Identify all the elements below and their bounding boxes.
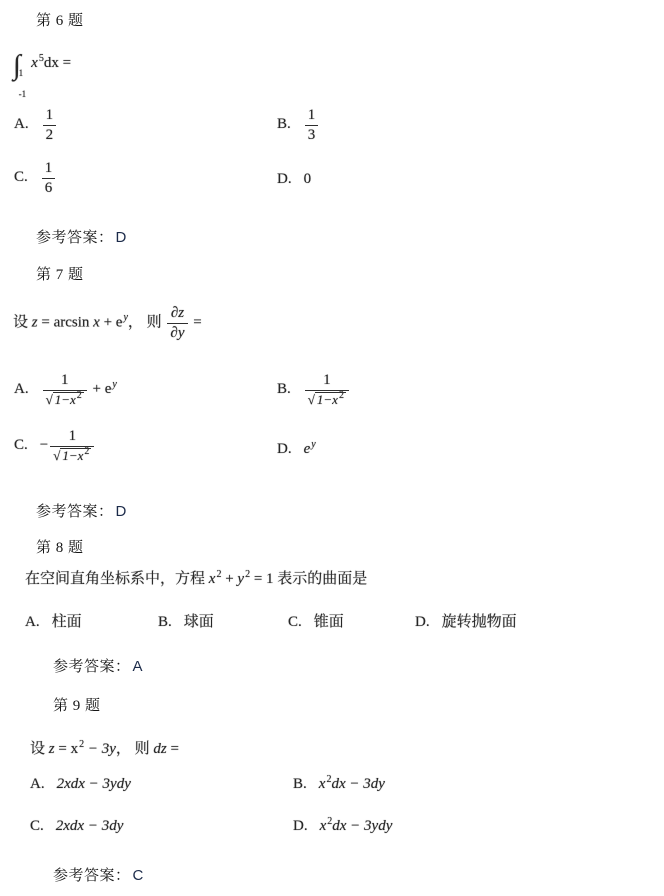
q9-equals-x: = x bbox=[58, 741, 78, 757]
q7-comma: ， bbox=[128, 314, 143, 330]
answer-label: 参考答案： bbox=[53, 659, 131, 675]
partial-derivative-fraction: ∂z∂y bbox=[167, 305, 187, 341]
q8-x-exponent: 2 bbox=[216, 569, 221, 580]
exam-page: 第 6 题 ∫1-1x5dx = A.12 B.13 C.16 D.0 参考答案… bbox=[0, 0, 664, 896]
option-label: D. bbox=[293, 818, 308, 834]
q8-header: 第 8 题 bbox=[36, 536, 84, 557]
option-label: A. bbox=[14, 116, 29, 132]
q9-option-d: D.x2dx − 3ydy bbox=[293, 818, 392, 835]
option-label: D. bbox=[277, 171, 292, 187]
q8-stem-post: 表示的曲面是 bbox=[277, 571, 367, 587]
q9-rest: − 3y bbox=[88, 741, 116, 757]
q7-stem: 设 z = arcsin x + ey， 则 ∂z∂y = bbox=[13, 305, 202, 341]
q7-option-a: A.1√1−x2 + ey bbox=[14, 372, 117, 407]
q7-option-c: C.−1√1−x2 bbox=[14, 428, 96, 463]
q7-equals: = bbox=[193, 314, 201, 330]
q8-option-c: C.锥面 bbox=[288, 610, 344, 631]
q8-option-d: D.旋转抛物面 bbox=[415, 610, 517, 631]
option-label: B. bbox=[277, 381, 291, 397]
option-text: x bbox=[320, 818, 327, 834]
q6-option-d: D.0 bbox=[277, 171, 311, 188]
q9-option-c: C.2xdx − 3dy bbox=[30, 818, 123, 835]
option-label: B. bbox=[293, 776, 307, 792]
fraction: 12 bbox=[43, 107, 57, 143]
q9-option-a: A.2xdx − 3ydy bbox=[30, 776, 131, 793]
sqrt-denominator: √1−x2 bbox=[305, 390, 349, 407]
fraction: 1√1−x2 bbox=[43, 372, 87, 407]
fraction: 13 bbox=[305, 107, 319, 143]
option-text: 柱面 bbox=[52, 614, 82, 630]
option-text: 锥面 bbox=[314, 614, 344, 630]
q6-equals: = bbox=[63, 55, 71, 71]
q9-header: 第 9 题 bbox=[53, 694, 101, 715]
answer-value: D bbox=[116, 503, 127, 520]
option-text-rest: dx − 3dy bbox=[331, 776, 384, 792]
q7-rel: = arcsin bbox=[41, 314, 89, 330]
q8-stem: 在空间直角坐标系中，方程 x2 + y2 = 1 表示的曲面是 bbox=[25, 567, 367, 588]
radicand: 1−x2 bbox=[53, 392, 84, 407]
q8-option-a: A.柱面 bbox=[25, 610, 82, 631]
q7-stem-pre: 设 bbox=[13, 314, 28, 330]
radicand: 1−x2 bbox=[60, 448, 91, 463]
option-label: C. bbox=[288, 614, 302, 630]
q8-answer: 参考答案：A bbox=[53, 655, 143, 676]
option-label: C. bbox=[30, 818, 44, 834]
integral-lower-limit: -1 bbox=[19, 90, 27, 99]
q9-x-exponent: 2 bbox=[79, 739, 84, 750]
q9-dz: dz bbox=[153, 741, 166, 757]
integral-limits: 1-1 bbox=[19, 69, 27, 99]
answer-label: 参考答案： bbox=[53, 868, 131, 884]
option-text: 球面 bbox=[184, 614, 214, 630]
option-text: 2xdx − 3ydy bbox=[57, 776, 131, 792]
q9-answer: 参考答案：C bbox=[53, 864, 144, 885]
answer-label: 参考答案： bbox=[36, 230, 114, 246]
option-value: 0 bbox=[304, 171, 312, 187]
option-text: x bbox=[319, 776, 326, 792]
q7-option-d: D.ey bbox=[277, 441, 316, 458]
fraction: 1√1−x2 bbox=[305, 372, 349, 407]
option-label: A. bbox=[30, 776, 45, 792]
integral-upper-limit: 1 bbox=[19, 69, 27, 78]
option-label: A. bbox=[25, 614, 40, 630]
q6-dx: dx bbox=[44, 55, 59, 71]
answer-value: D bbox=[116, 229, 127, 246]
answer-label: 参考答案： bbox=[36, 504, 114, 520]
q7-var-x: x bbox=[93, 314, 100, 330]
q9-var-z: z bbox=[49, 741, 55, 757]
q6-option-c: C.16 bbox=[14, 160, 57, 196]
fraction: 1√1−x2 bbox=[50, 428, 94, 463]
option-label: A. bbox=[14, 381, 29, 397]
option-tail-sup: y bbox=[112, 379, 116, 390]
q7-stem-mid: 则 bbox=[147, 314, 162, 330]
option-text: 2xdx − 3dy bbox=[56, 818, 124, 834]
q6-answer: 参考答案：D bbox=[36, 226, 127, 247]
option-text: 旋转抛物面 bbox=[442, 614, 517, 630]
sqrt-denominator: √1−x2 bbox=[43, 390, 87, 407]
minus-sign: − bbox=[40, 437, 48, 453]
q7-var-z: z bbox=[32, 314, 38, 330]
q8-y-exponent: 2 bbox=[245, 569, 250, 580]
q7-plus-e: + e bbox=[104, 314, 123, 330]
radical-icon: √ bbox=[46, 392, 53, 407]
option-label: D. bbox=[277, 441, 292, 457]
radical-icon: √ bbox=[308, 392, 315, 407]
q6-stem: ∫1-1x5dx = bbox=[13, 52, 71, 99]
sqrt-denominator: √1−x2 bbox=[50, 446, 94, 463]
q8-var-x: x bbox=[209, 571, 216, 587]
q7-answer: 参考答案：D bbox=[36, 500, 127, 521]
option-value: e bbox=[304, 441, 311, 457]
q9-stem-mid: 则 bbox=[135, 741, 150, 757]
answer-value: A bbox=[133, 658, 144, 675]
q8-stem-pre: 在空间直角坐标系中，方程 bbox=[25, 571, 205, 587]
option-label: B. bbox=[277, 116, 291, 132]
option-label: C. bbox=[14, 169, 28, 185]
q6-option-a: A.12 bbox=[14, 107, 58, 143]
q7-option-b: B.1√1−x2 bbox=[277, 372, 351, 407]
option-value-sup: y bbox=[311, 439, 315, 450]
q9-equals: = bbox=[170, 741, 178, 757]
q6-integrand: x bbox=[31, 55, 38, 71]
radicand: 1−x2 bbox=[315, 392, 346, 407]
option-label: B. bbox=[158, 614, 172, 630]
q8-var-y: y bbox=[237, 571, 244, 587]
q9-comma: ， bbox=[116, 741, 131, 757]
q6-option-b: B.13 bbox=[277, 107, 320, 143]
q9-stem: 设 z = x2 − 3y， 则 dz = bbox=[30, 737, 179, 758]
option-label: D. bbox=[415, 614, 430, 630]
q9-stem-pre: 设 bbox=[30, 741, 45, 757]
radical-icon: √ bbox=[53, 448, 60, 463]
q8-plus: + bbox=[225, 571, 233, 587]
option-text-rest: dx − 3ydy bbox=[332, 818, 392, 834]
q8-equals-one: = 1 bbox=[254, 571, 274, 587]
q7-header: 第 7 题 bbox=[36, 263, 84, 284]
fraction: 16 bbox=[42, 160, 56, 196]
q9-option-b: B.x2dx − 3dy bbox=[293, 776, 385, 793]
option-label: C. bbox=[14, 437, 28, 453]
q8-option-b: B.球面 bbox=[158, 610, 214, 631]
answer-value: C bbox=[133, 867, 144, 884]
option-tail: + e bbox=[93, 381, 112, 397]
q6-header: 第 6 题 bbox=[36, 9, 84, 30]
